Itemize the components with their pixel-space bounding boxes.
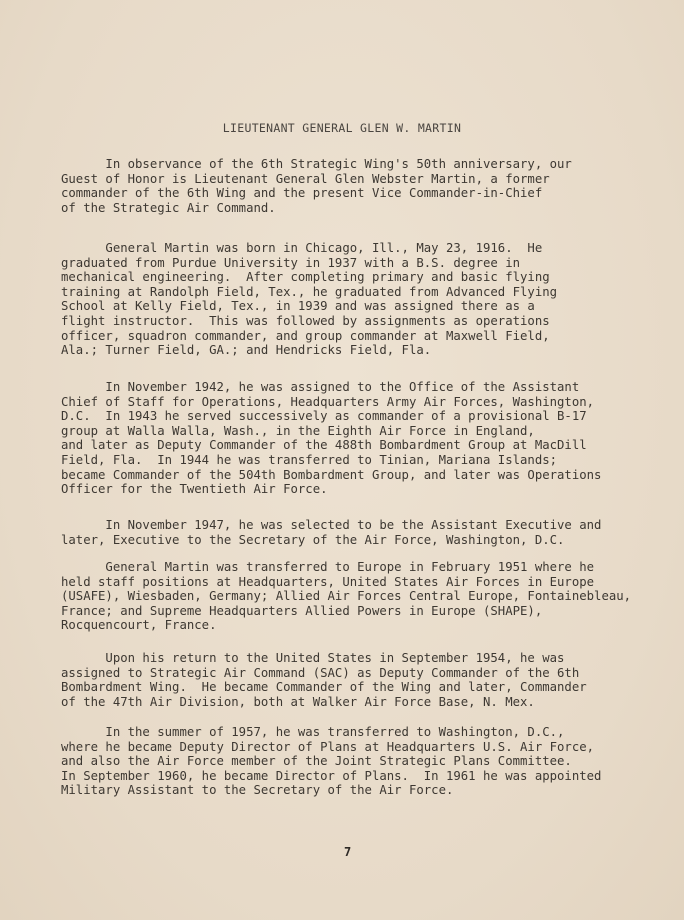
paragraph-early-life: General Martin was born in Chicago, Ill.… bbox=[61, 241, 557, 358]
paragraph-washington: In the summer of 1957, he was transferre… bbox=[61, 725, 601, 798]
document-page: LIEUTENANT GENERAL GLEN W. MARTIN In obs… bbox=[0, 0, 684, 920]
paragraph-sac: Upon his return to the United States in … bbox=[61, 651, 587, 709]
paragraph-intro: In observance of the 6th Strategic Wing'… bbox=[61, 157, 572, 215]
page-number: 7 bbox=[344, 845, 351, 859]
paragraph-europe: General Martin was transferred to Europe… bbox=[61, 560, 631, 633]
paragraph-wwii: In November 1942, he was assigned to the… bbox=[61, 380, 601, 497]
paragraph-1947: In November 1947, he was selected to be … bbox=[61, 518, 601, 547]
page-title: LIEUTENANT GENERAL GLEN W. MARTIN bbox=[0, 121, 684, 135]
